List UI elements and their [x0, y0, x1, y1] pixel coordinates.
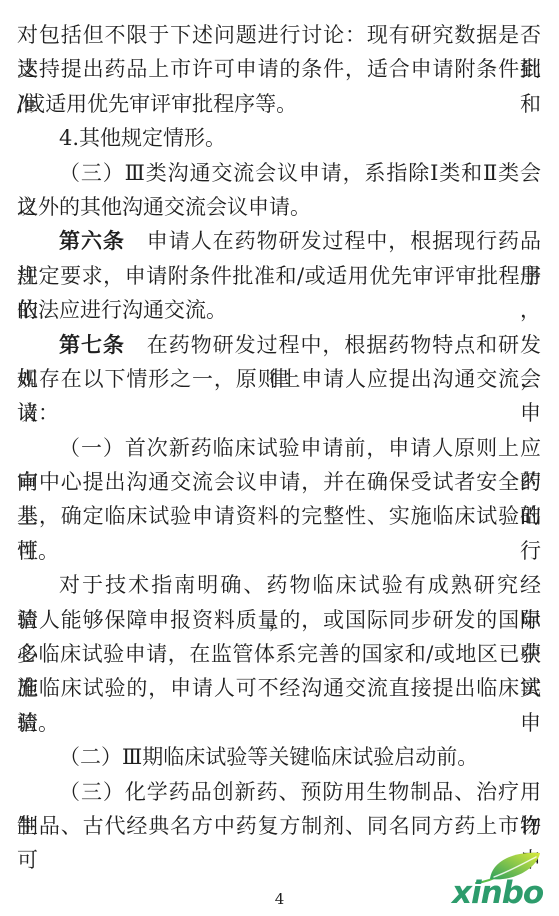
text-line: 支持提出药品上市许可申请的条件，适合申请附条件批准和	[17, 52, 541, 86]
text-line: 如存在以下情形之一，原则上申请人应提出沟通交流会议申	[17, 362, 541, 396]
document-body: 对包括但不限于下述问题进行讨论：现有研究数据是否达到支持提出药品上市许可申请的条…	[17, 18, 541, 843]
xinbo-logo: xinbo	[450, 850, 558, 912]
text-line: 对包括但不限于下述问题进行讨论：现有研究数据是否达到	[17, 18, 541, 52]
text-segment: 之外的其他沟通交流会议申请。	[17, 195, 311, 219]
text-segment: 4.其他规定情形。	[59, 126, 226, 150]
article-number-bold: 第七条	[59, 333, 125, 357]
text-line: 审中心提出沟通交流会议申请，并在确保受试者安全的基础	[17, 465, 541, 499]
article-number-bold: 第六条	[59, 229, 125, 253]
text-segment: 施临床试验的，申请人可不经沟通交流直接提出临床试验申	[17, 676, 541, 734]
text-line: 制品、古代经典名方中药复方制剂、同名同方药上市许可申	[17, 809, 541, 843]
text-line: 第七条 在药物研发过程中，根据药物特点和研发规律，	[17, 328, 541, 362]
text-line: 第六条 申请人在药物研发过程中，根据现行药品注册	[17, 224, 541, 258]
text-segment: 请。	[17, 711, 59, 735]
text-segment: 如存在以下情形之一，原则上申请人应提出沟通交流会议申	[17, 367, 541, 425]
text-line: （二）Ⅲ期临床试验等关键临床试验启动前。	[17, 740, 541, 774]
text-segment: 依法应进行沟通交流。	[17, 298, 227, 322]
text-line: 规定要求，申请附条件批准和/或适用优先审评审批程序的，	[17, 259, 541, 293]
text-line: 心临床试验申请，在监管体系完善的国家和/或地区已获准实	[17, 637, 541, 671]
text-line: 对于技术指南明确、药物临床试验有成熟研究经验，申	[17, 568, 541, 602]
text-line: （一）首次新药临床试验申请前，申请人原则上应向药	[17, 431, 541, 465]
text-segment: 上，确定临床试验申请资料的完整性、实施临床试验的可行	[17, 504, 541, 562]
text-line: 4.其他规定情形。	[17, 121, 541, 155]
text-line: 请人能够保障申报资料质量的，或国际同步研发的国际多中	[17, 603, 541, 637]
text-line: （三）化学药品创新药、预防用生物制品、治疗用生物	[17, 775, 541, 809]
text-line: （三）Ⅲ类沟通交流会议申请，系指除Ⅰ类和Ⅱ类会议	[17, 156, 541, 190]
text-line: 之外的其他沟通交流会议申请。	[17, 190, 541, 224]
text-segment: 性。	[17, 539, 59, 563]
text-line: 施临床试验的，申请人可不经沟通交流直接提出临床试验申	[17, 671, 541, 705]
text-line: 上，确定临床试验申请资料的完整性、实施临床试验的可行	[17, 499, 541, 533]
text-segment: （二）Ⅲ期临床试验等关键临床试验启动前。	[59, 745, 478, 769]
document-page: 对包括但不限于下述问题进行讨论：现有研究数据是否达到支持提出药品上市许可申请的条…	[0, 0, 559, 916]
text-segment: /或适用优先审评审批程序等。	[17, 92, 297, 116]
logo-text: xinbo	[450, 875, 544, 911]
text-segment: 请：	[17, 401, 59, 425]
xinbo-logo-svg: xinbo	[450, 850, 558, 912]
